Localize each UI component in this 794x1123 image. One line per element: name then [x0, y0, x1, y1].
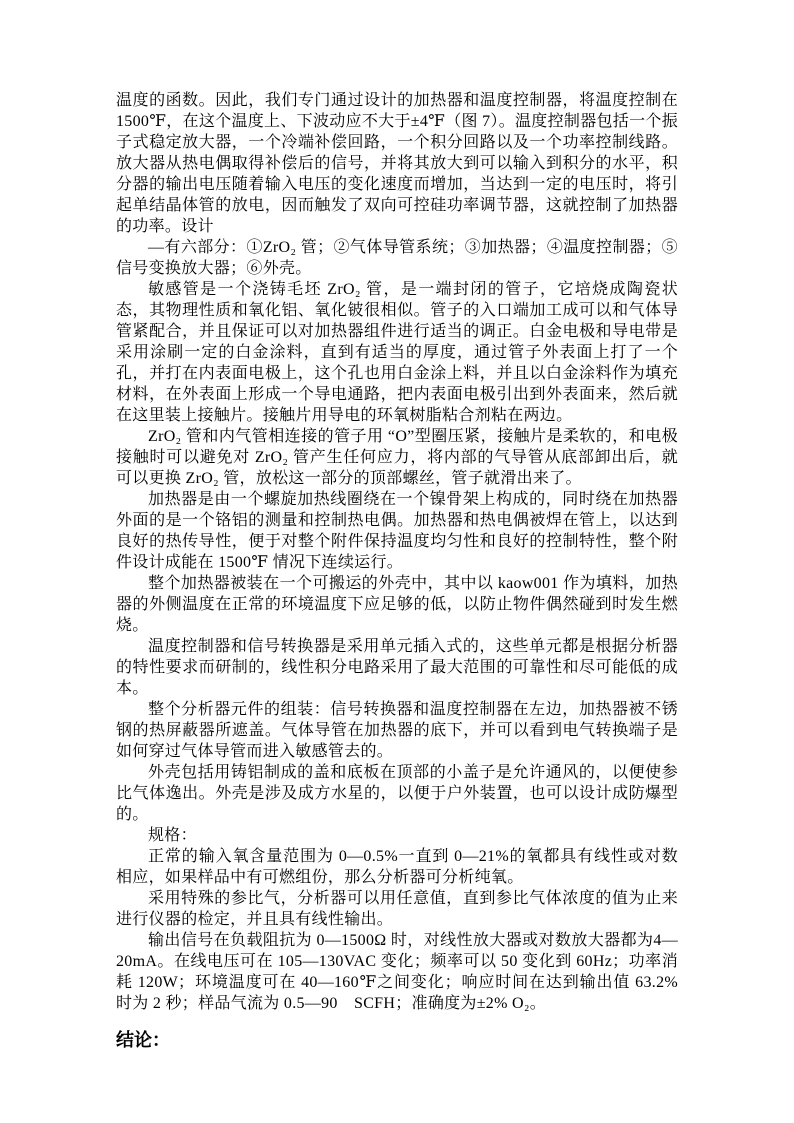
paragraph: 采用特殊的参比气，分析器可以用任意值，直到参比气体浓度的值为止来进行仪器的检定，… [116, 888, 678, 930]
paragraph: ZrO₂ 管和内气管相连接的管子用 “O”型圈压紧，接触片是柔软的，和电极接触时… [116, 426, 678, 489]
paragraph: 输出信号在负载阻抗为 0—1500Ω 时，对线性放大器或对数放大器都为4—20m… [116, 930, 678, 1014]
paragraph: 整个分析器元件的组装：信号转换器和温度控制器在左边，加热器被不锈钢的热屏蔽器所遮… [116, 699, 678, 762]
document-page: 温度的函数。因此，我们专门通过设计的加热器和温度控制器，将温度控制在1500℉，… [0, 0, 794, 1123]
paragraph: —有六部分：①ZrO₂ 管；②气体导管系统；③加热器；④温度控制器；⑤信号变换放… [116, 237, 678, 279]
paragraph: 温度控制器和信号转换器是采用单元插入式的，这些单元都是根据分析器的特性要求而研制… [116, 636, 678, 699]
conclusion-heading: 结论： [116, 1028, 678, 1053]
paragraph: 整个加热器被装在一个可搬运的外壳中，其中以 kaow001 作为填料，加热器的外… [116, 573, 678, 636]
paragraph: 加热器是由一个螺旋加热线圈绕在一个镍骨架上构成的，同时绕在加热器外面的是一个铬铝… [116, 489, 678, 573]
paragraph: 规格： [116, 825, 678, 846]
paragraph: 外壳包括用铸铝制成的盖和底板在顶部的小盖子是允许通风的，以便使参比气体逸出。外壳… [116, 762, 678, 825]
paragraph: 温度的函数。因此，我们专门通过设计的加热器和温度控制器，将温度控制在1500℉，… [116, 90, 678, 237]
paragraph: 敏感管是一个浇铸毛坯 ZrO₂ 管，是一端封闭的管子，它培烧成陶瓷状态，其物理性… [116, 279, 678, 426]
paragraph: 正常的输入氧含量范围为 0—0.5%一直到 0—21%的氧都具有线性或对数相应，… [116, 846, 678, 888]
document-text-block: 温度的函数。因此，我们专门通过设计的加热器和温度控制器，将温度控制在1500℉，… [116, 90, 678, 1053]
